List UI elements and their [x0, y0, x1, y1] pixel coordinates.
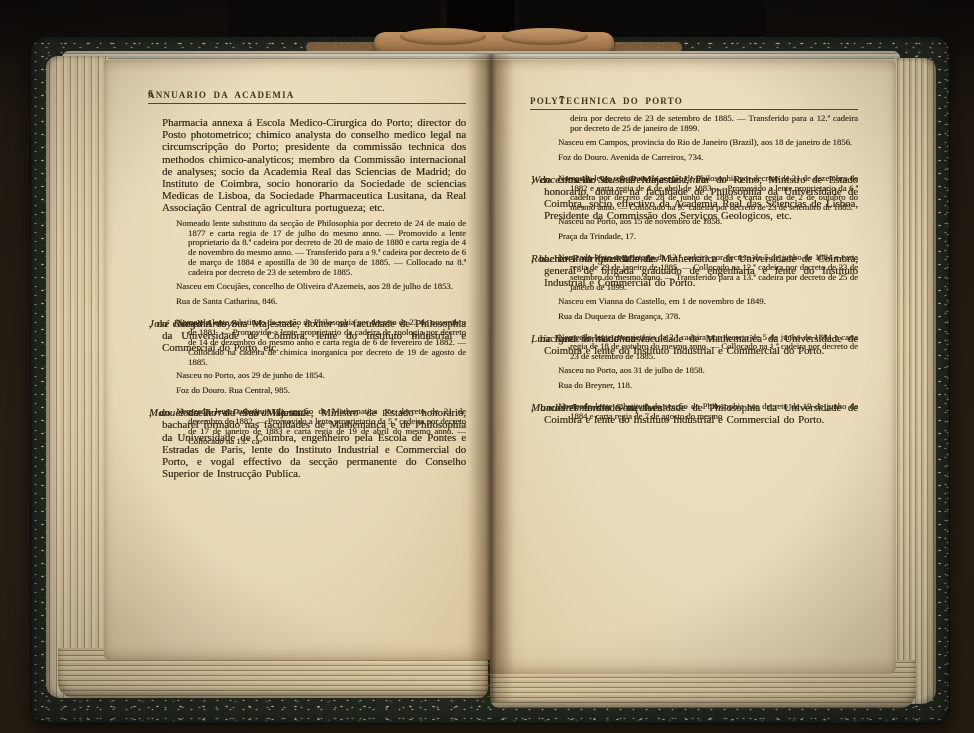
- page-left: 6 ANNUARIO DA ACADEMIA Pharmacia annexa …: [104, 60, 490, 660]
- birth-note: Nasceu no Porto, aos 31 de julho de 1858…: [558, 366, 858, 376]
- birth-note: Nasceu no Porto, aos 29 de junho de 1854…: [176, 371, 466, 381]
- page-edges-left: [46, 56, 108, 698]
- page-edges-right: [894, 58, 936, 704]
- biography-paragraph: Pharmacia annexa á Escola Medico-Cirurgi…: [162, 117, 466, 215]
- birth-note: Nasceu em Campos, provincia do Rio de Ja…: [558, 138, 858, 148]
- birth-note: Nasceu em Vianna do Castello, em 1 de no…: [558, 297, 858, 307]
- birth-note: Nasceu em Cocujães, concelho de Oliveira…: [176, 282, 466, 292]
- address-line: Foz do Douro. Rua Central, 985.: [176, 386, 466, 396]
- birth-note: Nasceu no Porto, aos 15 de novembro de 1…: [558, 217, 858, 227]
- page-right-content: POLYTECHNICA DO PORTO 7 deira por decret…: [530, 106, 858, 422]
- page-folio: 7: [530, 95, 564, 106]
- appointment-note: Nomeado lente proprietario da 13.ª cadei…: [558, 253, 858, 293]
- continuation-note: deira por decreto de 23 de setembro de 1…: [558, 114, 858, 134]
- running-header: 6 ANNUARIO DA ACADEMIA: [148, 100, 466, 104]
- page-right: POLYTECHNICA DO PORTO 7 deira por decret…: [490, 60, 896, 674]
- address-line: Praça da Trindade, 17.: [558, 232, 858, 242]
- book-scan: 6 ANNUARIO DA ACADEMIA Pharmacia annexa …: [0, 0, 974, 733]
- appointment-note: Nomeado lente substituto da secção de Ph…: [176, 219, 466, 278]
- appointment-note: Nomeado lente substituto da secção de Ma…: [176, 407, 466, 447]
- address-line: Rua da Duqueza de Bragança, 378.: [558, 312, 858, 322]
- running-title: ANNUARIO DA ACADEMIA: [148, 90, 295, 100]
- headband-bump-right: [502, 28, 588, 45]
- appointment-note: Nomeado lente substituto da secção de Ph…: [558, 174, 858, 214]
- appointment-note: Nomeado lente proprietario da 2.ª cadeir…: [558, 333, 858, 363]
- address-line: Rua do Breyner, 118.: [558, 381, 858, 391]
- page-left-content: 6 ANNUARIO DA ACADEMIA Pharmacia annexa …: [148, 100, 466, 447]
- appointment-note: Nomeado lente substituto da secção de Ph…: [558, 402, 858, 422]
- address-line: Foz do Douro. Avenida de Carreiros, 734.: [558, 153, 858, 163]
- address-line: Rua de Santa Catharina, 846.: [176, 297, 466, 307]
- appointment-note: Nomeado lente substituto da secção de Ph…: [176, 318, 466, 368]
- headband-bump-left: [400, 28, 486, 45]
- running-header: POLYTECHNICA DO PORTO 7: [530, 106, 858, 110]
